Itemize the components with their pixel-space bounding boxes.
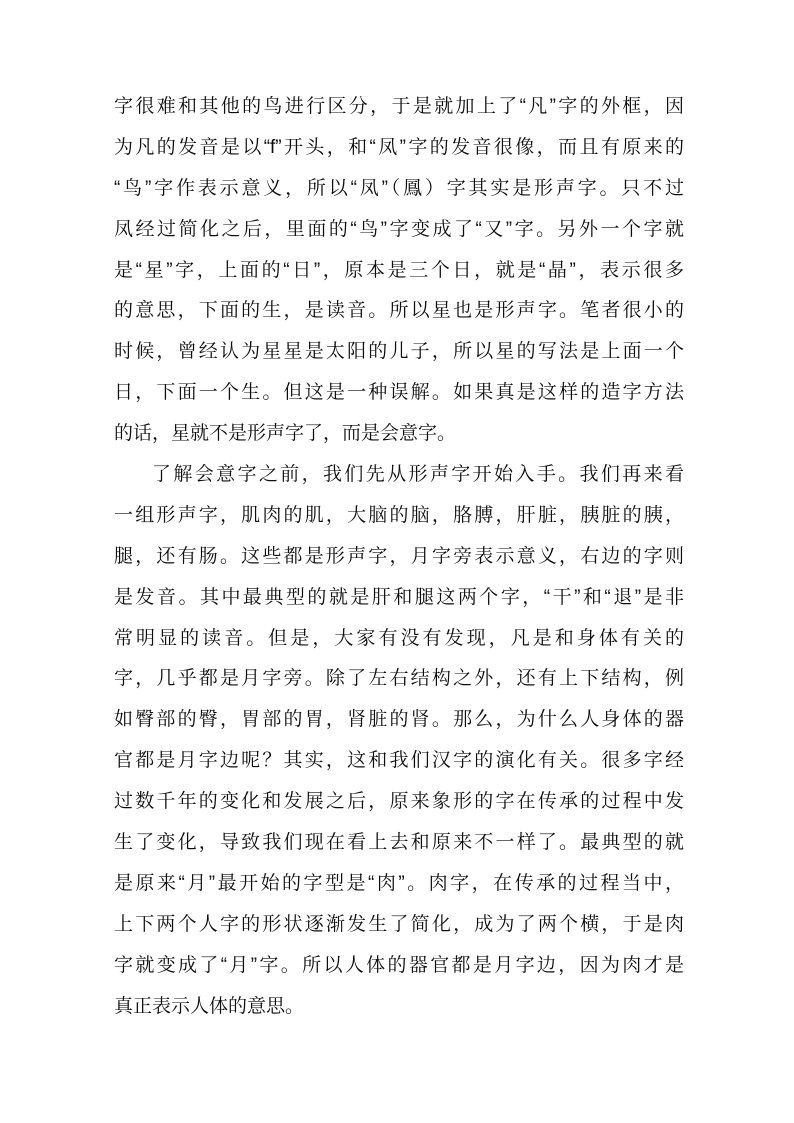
text-line: 字很难和其他的鸟进行区分，于是就加上了“凡”字的外框，因: [114, 87, 684, 128]
text-line: 是“星”字，上面的“日”，原本是三个日，就是“晶”，表示很多: [114, 251, 684, 292]
paragraph-1: 字很难和其他的鸟进行区分，于是就加上了“凡”字的外框，因 为凡的发音是以“f”开…: [114, 87, 684, 455]
document-body-text: 字很难和其他的鸟进行区分，于是就加上了“凡”字的外框，因 为凡的发音是以“f”开…: [114, 87, 684, 1027]
text-line: 了解会意字之前，我们先从形声字开始入手。我们再来看: [114, 455, 684, 496]
text-line: 日，下面一个生。但这是一种误解。如果真是这样的造字方法: [114, 373, 684, 414]
text-line: 字，几乎都是月字旁。除了左右结构之外，还有上下结构，例: [114, 659, 684, 700]
text-line: 字就变成了“月”字。所以人体的器官都是月字边，因为肉才是: [114, 946, 684, 987]
text-line: 过数千年的变化和发展之后，原来象形的字在传承的过程中发: [114, 782, 684, 823]
text-line: 一组形声字，肌肉的肌，大脑的脑，胳膊，肝脏，胰脏的胰，: [114, 496, 684, 537]
text-line: 是原来“月”最开始的字型是“肉”。肉字，在传承的过程当中，: [114, 864, 684, 905]
text-line: 官都是月字边呢？其实，这和我们汉字的演化有关。很多字经: [114, 741, 684, 782]
paragraph-2: 了解会意字之前，我们先从形声字开始入手。我们再来看 一组形声字，肌肉的肌，大脑的…: [114, 455, 684, 1027]
text-line: 为凡的发音是以“f”开头，和“凤”字的发音很像，而且有原来的: [114, 128, 684, 169]
text-line: 腿，还有肠。这些都是形声字，月字旁表示意义，右边的字则: [114, 537, 684, 578]
text-line: 的意思，下面的生，是读音。所以星也是形声字。笔者很小的: [114, 291, 684, 332]
document-page: 字很难和其他的鸟进行区分，于是就加上了“凡”字的外框，因 为凡的发音是以“f”开…: [0, 0, 794, 1123]
text-line: 是发音。其中最典型的就是肝和腿这两个字，“干”和“退”是非: [114, 578, 684, 619]
text-line: 的话，星就不是形声字了，而是会意字。: [114, 414, 684, 455]
text-line: 凤经过简化之后，里面的“鸟”字变成了“又”字。另外一个字就: [114, 210, 684, 251]
text-line: 如臀部的臀，胃部的胃，肾脏的肾。那么，为什么人身体的器: [114, 700, 684, 741]
text-line: 常明显的读音。但是，大家有没有发现，凡是和身体有关的: [114, 619, 684, 660]
text-line: 时候，曾经认为星星是太阳的儿子，所以星的写法是上面一个: [114, 332, 684, 373]
text-line: 生了变化，导致我们现在看上去和原来不一样了。最典型的就: [114, 823, 684, 864]
text-line: 真正表示人体的意思。: [114, 987, 684, 1028]
text-line: 上下两个人字的形状逐渐发生了简化，成为了两个横，于是肉: [114, 905, 684, 946]
text-line: “鸟”字作表示意义，所以“凤”（鳳）字其实是形声字。只不过: [114, 169, 684, 210]
